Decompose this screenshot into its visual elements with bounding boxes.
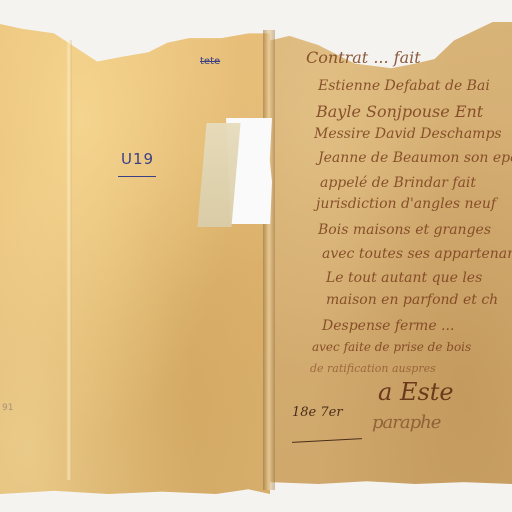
manuscript-line: Messire David Deschamps	[314, 126, 502, 142]
manuscript-line: Bois maisons et granges	[318, 222, 491, 238]
manuscript-line: Estienne Defabat de Bai	[318, 78, 490, 94]
manuscript-line: Bayle Sonjpouse Ent	[316, 102, 483, 121]
manuscript-line: maison en parfond et ch	[326, 292, 498, 308]
folio-notation: 18e 7er	[292, 405, 343, 420]
faint-pencil-note: 91	[2, 403, 13, 413]
scanned-document: tete U19 91 Contrat ... fait Estienne De…	[0, 0, 512, 512]
manuscript-line: Le tout autant que les	[326, 270, 482, 286]
shelfmark-underline	[118, 176, 156, 177]
signature: a Este	[378, 378, 454, 406]
manuscript-line: de ratification auspres	[310, 362, 436, 375]
binding-spine	[263, 30, 275, 490]
manuscript-line: Contrat ... fait	[306, 48, 421, 67]
shelfmark: U19	[121, 150, 154, 168]
manuscript-line: avec toutes ses appartenances	[322, 246, 512, 262]
fold-crease	[66, 40, 72, 480]
crossed-out-note: tete	[200, 56, 220, 67]
manuscript-line: Despense ferme ...	[322, 318, 454, 334]
manuscript-line: appelé de Brindar fait	[320, 175, 476, 191]
manuscript-line: avec faite de prise de bois	[312, 340, 471, 354]
manuscript-line: jurisdiction d'angles neuf	[316, 196, 496, 212]
signature-flourish: paraphe	[372, 412, 440, 433]
manuscript-line: Jeanne de Beaumon son epous	[318, 150, 512, 166]
left-leaf	[0, 24, 270, 494]
